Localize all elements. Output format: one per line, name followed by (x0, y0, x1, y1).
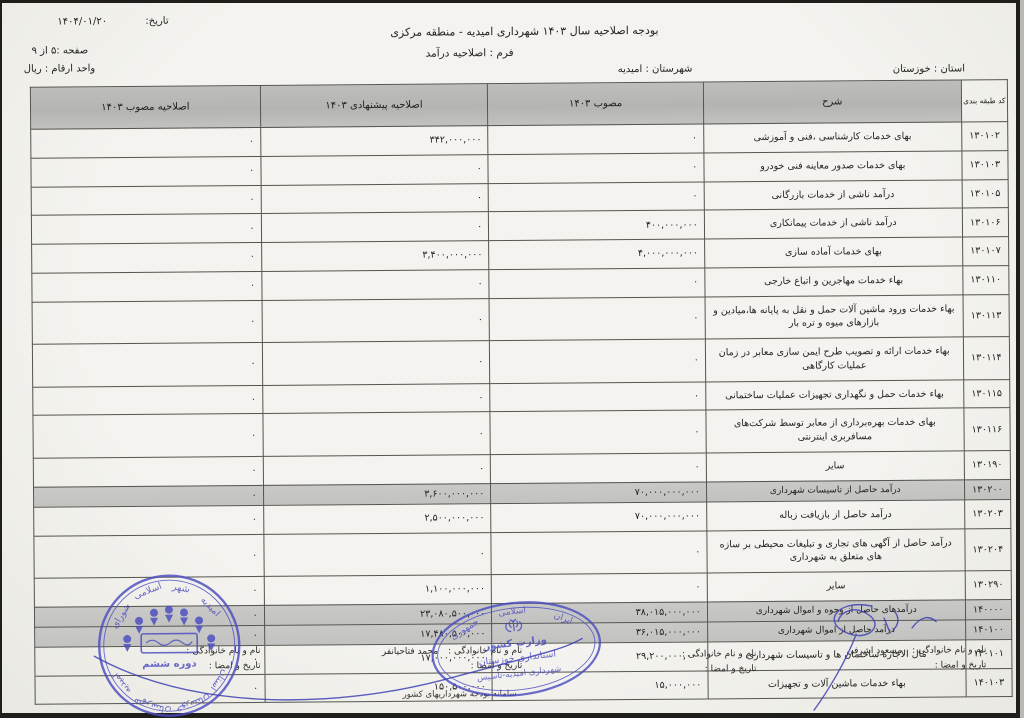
approved-amendment-value: ۰ (32, 243, 262, 274)
approved-amendment-value: ۰ (33, 456, 263, 487)
revenue-description: بهاء خدمات ورود ماشین آلات حمل و نقل به … (705, 295, 963, 340)
proposed-amendment-value: ۰ (261, 269, 489, 300)
approved-1403-value: ۴۰۰,۰۰۰,۰۰۰ (489, 210, 705, 240)
approved-amendment-value: ۰ (34, 505, 264, 536)
date-value: ۱۴۰۴/۰۱/۲۰ (57, 16, 107, 27)
revenue-description: بهاء خدمات ارائه و تصویب طرح ایمن سازی م… (705, 337, 963, 382)
proposed-amendment-value: ۰ (264, 532, 492, 576)
classification-code: ۱۳۰۱۱۰ (962, 265, 1009, 294)
classification-code: ۱۳۰۲۰۳ (964, 499, 1011, 528)
approved-1403-value: ۰ (489, 297, 705, 341)
scan-edge-strip (1020, 0, 1024, 718)
col-header-code: کد طبقه بندی (961, 80, 1008, 122)
proposed-amendment-value: ۳,۴۰۰,۰۰۰,۰۰۰ (261, 241, 489, 272)
approved-1403-value: ۰ (490, 339, 706, 383)
county-label: شهرستان : امیدیه (618, 64, 693, 76)
proposed-amendment-value: ۳۴۲,۰۰۰,۰۰۰ (260, 126, 488, 157)
classification-code: ۱۳۰۱۰۵ (962, 179, 1009, 208)
svg-text:استان: استان (208, 667, 230, 692)
proposed-amendment-value: ۲,۵۰۰,۰۰۰,۰۰۰ (263, 503, 491, 534)
col-header-approved-1403: مصوب ۱۴۰۳ (488, 82, 704, 126)
approved-1403-value: ۰ (488, 181, 704, 211)
proposed-amendment-value: ۰ (262, 298, 490, 342)
classification-code: ۱۴۰۰۰۰ (965, 599, 1011, 619)
signature-date-label: تاریخ و امضا : (672, 662, 756, 678)
paper-sheet: تاریخ: ۱۴۰۴/۰۱/۲۰ صفحه :۵ از ۹ واحد ارقا… (2, 3, 1016, 713)
signature-block-2: نام و نام خانوادگی : تاریخ و امضا : (672, 647, 756, 678)
proposed-amendment-value: ۰ (261, 212, 489, 243)
sheet-content: تاریخ: ۱۴۰۴/۰۱/۲۰ صفحه :۵ از ۹ واحد ارقا… (0, 0, 1019, 717)
classification-code: ۱۳۰۱۰۶ (962, 208, 1009, 237)
proposed-amendment-value: ۰ (262, 383, 490, 414)
proposed-amendment-value: ۱,۱۰۰,۰۰۰,۰۰۰ (264, 575, 492, 606)
svg-text:ایران: ایران (552, 611, 573, 627)
approved-1403-value: ۰ (491, 453, 707, 483)
col-header-description: شرح (703, 80, 961, 124)
revenue-description: درآمد حاصل از بازیافت زباله (706, 500, 964, 531)
approved-amendment-value: ۰ (31, 214, 261, 245)
col-header-approved-amendment: اصلاحیه مصوب ۱۴۰۳ (30, 85, 260, 129)
revenue-description: سایر (707, 571, 965, 602)
proposed-amendment-value: ۰ (261, 154, 489, 185)
revenue-description: بهاء خدمات حمل و نگهداری تجهیزات عملیات … (706, 380, 964, 411)
revenue-description: درآمد حاصل از آگهی های تجاری و تبلیغات م… (707, 528, 965, 573)
approved-1403-value: ۰ (490, 410, 706, 454)
col-header-proposed-amendment: اصلاحیه پیشنهادی ۱۴۰۳ (260, 84, 488, 128)
approved-1403-value: ۰ (491, 530, 707, 574)
revenue-description: درآمد ناشی از خدمات پیمانکاری (704, 208, 962, 239)
approved-amendment-value: ۰ (31, 127, 261, 158)
approved-1403-value: ۷۰,۰۰۰,۰۰۰,۰۰۰ (491, 482, 707, 504)
revenue-description: درآمد حاصل از تاسیسات شهرداری (706, 480, 964, 502)
form-type-label: فرم : اصلاحیه درآمد (426, 47, 514, 60)
approved-amendment-value: ۰ (32, 343, 262, 387)
classification-code: ۱۳۰۱۹۰ (964, 451, 1011, 480)
classification-code: ۱۳۰۲۰۴ (965, 528, 1012, 571)
classification-code: ۱۳۰۱۰۲ (961, 122, 1008, 151)
approved-amendment-value: ۰ (33, 414, 263, 458)
proposed-amendment-value: ۰ (262, 341, 490, 385)
table-row: ۱۳۰۱۱۶ بهای خدمات بهره‌برداری از معابر ت… (33, 408, 1010, 458)
revenue-description: درآمد حاصل از اموال شهرداری (707, 620, 965, 642)
page-number: صفحه :۵ از ۹ (32, 45, 89, 56)
signature-block-1: نام و نام خانوادگی : مسعود اشرفی تاریخ و… (847, 643, 987, 675)
classification-code: ۱۳۰۲۰۰ (964, 479, 1010, 499)
classification-code: ۱۳۰۱۱۵ (963, 379, 1010, 408)
ministry-oval-stamp: جمهوری اسلامی ایران وزارت کشور استانداری… (423, 590, 609, 707)
classification-code: ۱۳۰۱۱۶ (964, 408, 1011, 451)
document-title: بودجه اصلاحیه سال ۱۴۰۳ شهرداری امیدیه - … (354, 24, 694, 40)
approved-amendment-value: ۰ (33, 385, 263, 416)
approved-1403-value: ۷۰,۰۰۰,۰۰۰,۰۰۰ (491, 502, 707, 532)
table-row: ۱۳۰۱۱۳ بهاء خدمات ورود ماشین آلات حمل و … (32, 294, 1009, 344)
signature-name-label: نام و نام خانوادگی : (682, 647, 756, 663)
signature-name-label: نام و نام خانوادگی : (912, 643, 986, 659)
scanned-budget-document: تاریخ: ۱۴۰۴/۰۱/۲۰ صفحه :۵ از ۹ واحد ارقا… (0, 0, 1024, 718)
iran-emblem-icon (505, 618, 522, 632)
classification-code: ۱۴۰۱۰۰ (965, 619, 1011, 639)
revenue-description: بهای خدمات آماده سازی (704, 237, 962, 268)
revenue-description: درآمدهای حاصل از وجوه و اموال شهرداری (707, 600, 965, 622)
council-emblem-icon (123, 605, 215, 653)
approved-amendment-value: ۰ (32, 300, 262, 344)
svg-text:اسلامی: اسلامی (498, 606, 527, 619)
svg-text:شهر: شهر (170, 581, 190, 596)
signature-name-value: مسعود اشرفی (847, 644, 903, 660)
svg-text:امیدیه: امیدیه (198, 595, 222, 620)
proposed-amendment-value: ۰ (261, 183, 489, 214)
approved-1403-value: ۴,۰۰۰,۰۰۰,۰۰۰ (489, 239, 705, 269)
revenue-description: سایر (706, 451, 964, 482)
svg-text:امیدیه: امیدیه (110, 671, 133, 696)
svg-text:جمهوری: جمهوری (449, 617, 480, 642)
province-label: استان : خوزستان (893, 63, 965, 75)
table-row: ۱۳۰۱۱۴ بهاء خدمات ارائه و تصویب طرح ایمن… (32, 337, 1009, 387)
approved-1403-value: ۰ (488, 124, 704, 154)
classification-code: ۱۳۰۱۰۳ (962, 150, 1009, 179)
revenue-description: درآمد ناشی از خدمات بازرگانی (704, 179, 962, 210)
approved-1403-value: ۰ (489, 268, 705, 298)
council-round-stamp: دوره ششم شورای اسلامی شهر امیدیه استان خ… (94, 570, 245, 718)
approved-amendment-value: ۰ (33, 485, 263, 507)
revenue-description: بهای خدمات بهره‌برداری از معابر توسط شرک… (706, 408, 964, 453)
approved-amendment-value: ۰ (31, 185, 261, 216)
classification-code: ۱۳۰۱۰۷ (962, 237, 1009, 266)
revenue-description: بهای خدمات کارشناسی ،فنی و آموزشی (703, 122, 961, 153)
signature-date-label: تاریخ و امضا : (847, 659, 987, 675)
approved-1403-value: ۰ (490, 382, 706, 412)
classification-code: ۱۳۰۲۹۰ (965, 571, 1012, 600)
date-label: تاریخ: (145, 16, 168, 27)
proposed-amendment-value: ۳,۶۰۰,۰۰۰,۰۰۰ (263, 483, 491, 505)
revenue-description: بهاء خدمات مهاجرین و اتباع خارجی (705, 266, 963, 297)
proposed-amendment-value: ۰ (263, 455, 491, 486)
approved-1403-value: ۰ (488, 153, 704, 183)
currency-unit-label: واحد ارقام : ریال (24, 63, 96, 75)
revenue-description: بهای خدمات صدور معاینه فنی خودرو (704, 151, 962, 182)
classification-code: ۱۳۰۱۱۳ (963, 294, 1010, 337)
approved-amendment-value: ۰ (32, 271, 262, 302)
council-stamp-term: دوره ششم (142, 658, 196, 669)
approved-amendment-value: ۰ (31, 156, 261, 187)
proposed-amendment-value: ۰ (263, 412, 491, 456)
classification-code: ۱۳۰۱۱۴ (963, 337, 1010, 380)
